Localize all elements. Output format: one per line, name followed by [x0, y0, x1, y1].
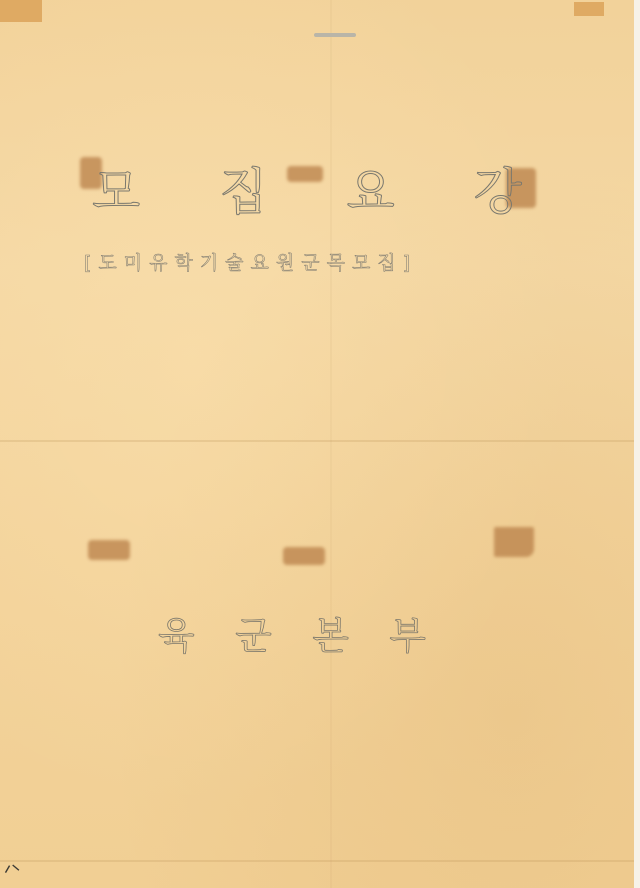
title-char: 요 — [346, 152, 394, 224]
issuer-char: 육 — [158, 605, 195, 660]
issuer-char: 본 — [312, 605, 349, 660]
issuer-char: 부 — [389, 605, 426, 660]
document-title: 모 집 요 강 — [92, 152, 522, 224]
staple-mark — [314, 33, 356, 37]
stain — [88, 540, 130, 560]
page-edge — [634, 0, 640, 888]
title-char: 집 — [219, 152, 267, 224]
issuer-char: 군 — [235, 605, 272, 660]
title-char: 강 — [474, 152, 522, 224]
title-char: 모 — [92, 152, 140, 224]
fold-line — [0, 860, 634, 862]
issuer: 육 군 본 부 — [158, 605, 426, 660]
fold-line — [330, 0, 332, 888]
pen-mark: ᐟᐠ — [2, 859, 23, 886]
document-page: 모 집 요 강 [도미유학기술요원군목모집] 육 군 본 부 ᐟᐠ — [0, 0, 640, 888]
document-subtitle: [도미유학기술요원군목모집] — [84, 248, 504, 275]
stain — [494, 527, 534, 557]
stain — [283, 547, 325, 565]
fold-line — [0, 440, 634, 442]
tape-mark — [0, 0, 42, 22]
tape-mark — [574, 2, 604, 16]
